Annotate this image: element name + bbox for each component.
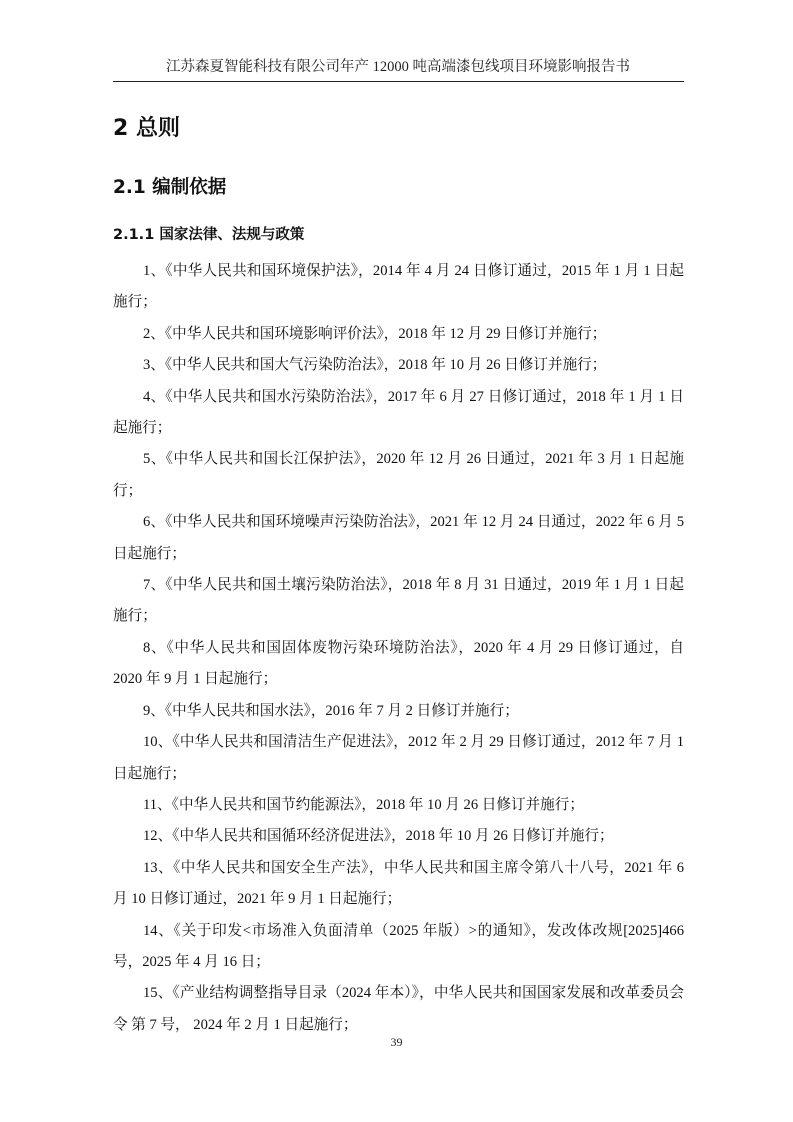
law-item-10: 10、《中华人民共和国清洁生产促进法》，2012 年 2 月 29 日修订通过，… bbox=[113, 727, 684, 790]
law-item-4: 4、《中华人民共和国水污染防治法》，2017 年 6 月 27 日修订通过，20… bbox=[113, 382, 684, 445]
law-item-3: 3、《中华人民共和国大气污染防治法》，2018 年 10 月 26 日修订并施行… bbox=[113, 350, 684, 381]
header-divider bbox=[113, 81, 684, 82]
subsection-heading: 2.1.1 国家法律、法规与政策 bbox=[113, 224, 304, 246]
page-number: 39 bbox=[0, 1035, 793, 1050]
chapter-heading: 2 总则 bbox=[113, 114, 180, 144]
law-item-2: 2、《中华人民共和国环境影响评价法》，2018 年 12 月 29 日修订并施行… bbox=[113, 319, 684, 350]
law-item-13: 13、《中华人民共和国安全生产法》，中华人民共和国主席令第八十八号，2021 年… bbox=[113, 853, 684, 916]
law-item-15: 15、《产业结构调整指导目录（2024 年本）》，中华人民共和国国家发展和改革委… bbox=[113, 978, 684, 1041]
law-item-14: 14、《关于印发<市场准入负面清单（2025 年版）>的通知》，发改体改规[20… bbox=[113, 916, 684, 979]
law-item-8: 8、《中华人民共和国固体废物污染环境防治法》，2020 年 4 月 29 日修订… bbox=[113, 633, 684, 696]
law-item-5: 5、《中华人民共和国长江保护法》，2020 年 12 月 26 日通过，2021… bbox=[113, 444, 684, 507]
law-item-9: 9、《中华人民共和国水法》，2016 年 7 月 2 日修订并施行； bbox=[113, 696, 684, 727]
law-item-7: 7、《中华人民共和国土壤污染防治法》，2018 年 8 月 31 日通过，201… bbox=[113, 570, 684, 633]
law-item-11: 11、《中华人民共和国节约能源法》，2018 年 10 月 26 日修订并施行； bbox=[113, 790, 684, 821]
law-item-6: 6、《中华人民共和国环境噪声污染防治法》，2021 年 12 月 24 日通过，… bbox=[113, 507, 684, 570]
body-text: 1、《中华人民共和国环境保护法》，2014 年 4 月 24 日修订通过，201… bbox=[113, 256, 684, 1041]
running-header: 江苏森夏智能科技有限公司年产 12000 吨高端漆包线项目环境影响报告书 bbox=[113, 58, 683, 76]
section-heading: 2.1 编制依据 bbox=[113, 174, 226, 202]
law-item-1: 1、《中华人民共和国环境保护法》，2014 年 4 月 24 日修订通过，201… bbox=[113, 256, 684, 319]
law-item-12: 12、《中华人民共和国循环经济促进法》，2018 年 10 月 26 日修订并施… bbox=[113, 821, 684, 852]
